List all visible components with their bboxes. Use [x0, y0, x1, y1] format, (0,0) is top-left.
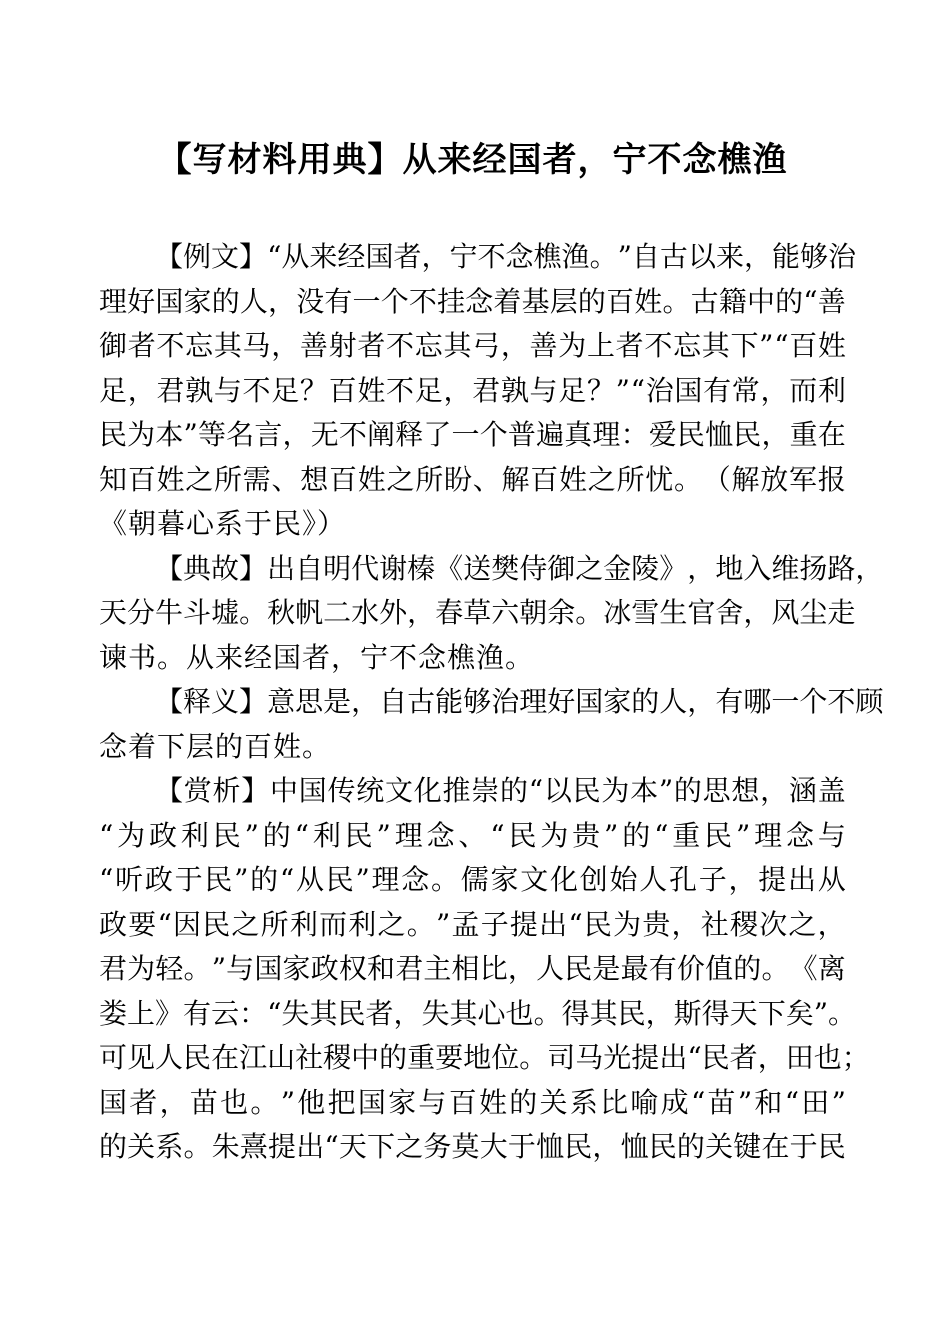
document-page: 【写材料用典】从来经国者，宁不念樵渔 【例文】“从来经国者，宁不念樵渔。”自古以… [0, 0, 950, 1344]
text-line: 足，君孰与不足？百姓不足，君孰与足？”“治国有常，而利 [99, 369, 846, 414]
text-line: 民为本”等名言，无不阐释了一个普遍真理：爱民恤民，重在 [99, 413, 846, 458]
paragraph-diangu: 【典故】出自明代谢榛《送樊侍御之金陵》，地入维扬路，天分牛斗墟。秋帆二水外，春草… [99, 547, 846, 681]
text-line: “为政利民”的“利民”理念、“民为贵”的“重民”理念与 [99, 814, 846, 859]
paragraph-liwen: 【例文】“从来经国者，宁不念樵渔。”自古以来，能够治理好国家的人，没有一个不挂念… [99, 235, 846, 547]
text-line: 理好国家的人，没有一个不挂念着基层的百姓。古籍中的“善 [99, 280, 846, 325]
text-line: 谏书。从来经国者，宁不念樵渔。 [99, 636, 846, 681]
text-line: 政要“因民之所利而利之。”孟子提出“民为贵，社稷次之， [99, 903, 846, 948]
text-line: 的关系。朱熹提出“天下之务莫大于恤民，恤民的关键在于民 [99, 1125, 846, 1170]
text-line: 念着下层的百姓。 [99, 725, 846, 770]
text-line: 【释义】意思是，自古能够治理好国家的人，有哪一个不顾 [99, 680, 846, 725]
text-line: 君为轻。”与国家政权和君主相比，人民是最有价值的。《离 [99, 947, 846, 992]
text-line: 天分牛斗墟。秋帆二水外，春草六朝余。冰雪生官舍，风尘走 [99, 591, 846, 636]
text-line: “听政于民”的“从民”理念。儒家文化创始人孔子，提出从 [99, 858, 846, 903]
text-line: 娄上》有云：“失其民者，失其心也。得其民，斯得天下矣”。 [99, 992, 846, 1037]
paragraph-shiyi: 【释义】意思是，自古能够治理好国家的人，有哪一个不顾念着下层的百姓。 [99, 680, 846, 769]
text-line: 知百姓之所需、想百姓之所盼、解百姓之所忧。（解放军报 [99, 458, 846, 503]
text-line: 御者不忘其马，善射者不忘其弓，善为上者不忘其下”“百姓 [99, 324, 846, 369]
text-line: 【典故】出自明代谢榛《送樊侍御之金陵》，地入维扬路， [99, 547, 846, 592]
text-line: 【赏析】中国传统文化推崇的“以民为本”的思想，涵盖 [99, 769, 846, 814]
text-line: 【例文】“从来经国者，宁不念樵渔。”自古以来，能够治 [99, 235, 846, 280]
text-line: 《朝暮心系于民》） [99, 502, 846, 547]
document-title: 【写材料用典】从来经国者，宁不念樵渔 [99, 136, 846, 185]
text-line: 国者，苗也。”他把国家与百姓的关系比喻成“苗”和“田” [99, 1081, 846, 1126]
paragraph-shangxi: 【赏析】中国传统文化推崇的“以民为本”的思想，涵盖“为政利民”的“利民”理念、“… [99, 769, 846, 1170]
document-body: 【例文】“从来经国者，宁不念樵渔。”自古以来，能够治理好国家的人，没有一个不挂念… [99, 235, 846, 1170]
text-line: 可见人民在江山社稷中的重要地位。司马光提出“民者，田也； [99, 1036, 846, 1081]
